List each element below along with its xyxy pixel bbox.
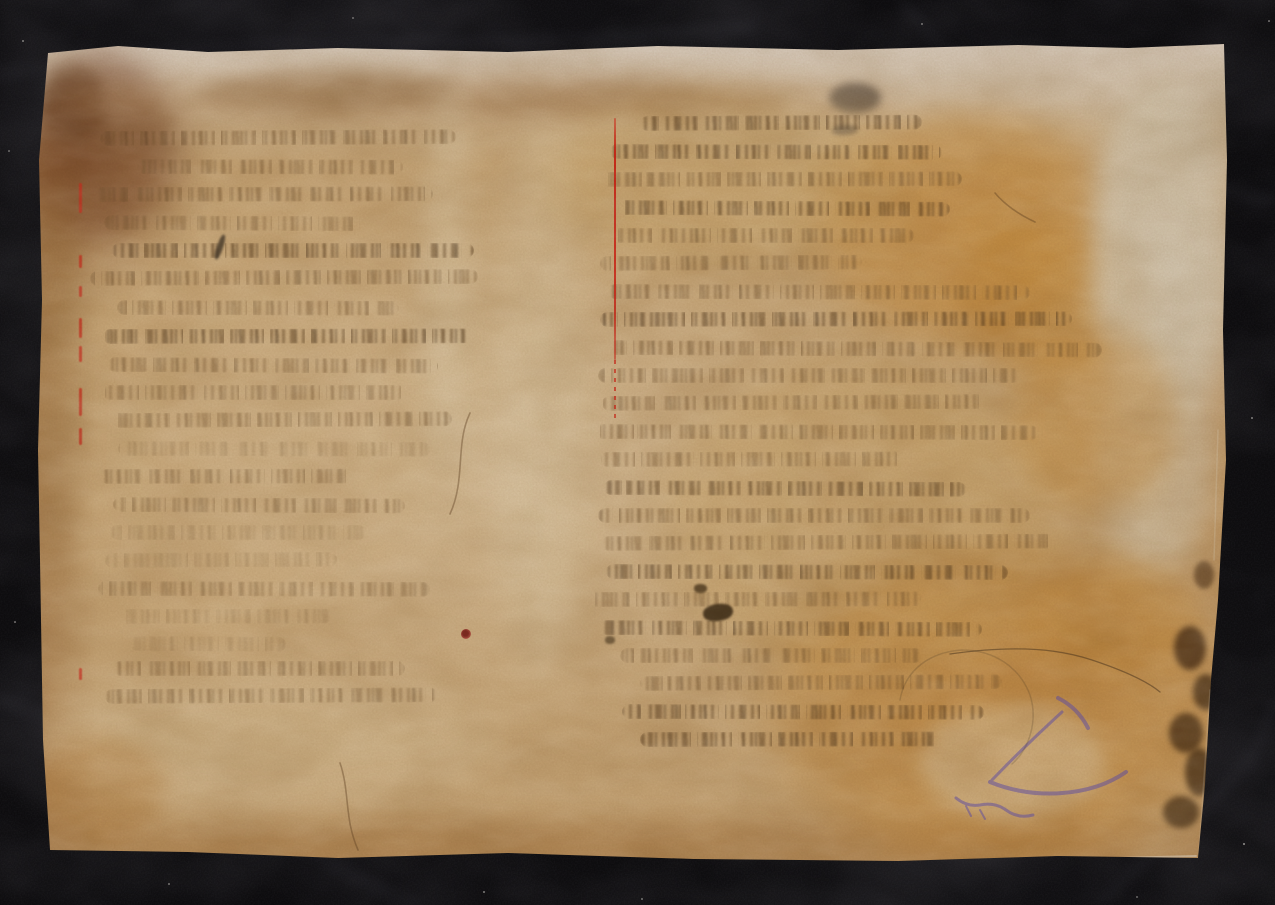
ink-blob [702,601,734,622]
ink-blob [832,124,859,136]
dust-speck [168,883,170,885]
ink-blob [605,636,615,644]
dust-speck [352,17,354,19]
dust-speck [1243,843,1245,845]
ink-blob [694,584,707,593]
dust-speck [14,621,16,623]
parchment-fragment [38,40,1230,864]
dust-speck [641,898,643,900]
ink-blob [213,234,227,261]
dust-speck [22,40,24,42]
dust-speck [1136,896,1138,898]
ink-blob-layer [38,40,1230,864]
dust-speck [8,150,10,152]
dust-speck [483,891,485,893]
dust-speck [1268,20,1270,22]
dust-speck [1251,417,1253,419]
dust-speck [921,23,923,25]
photo-stage [0,0,1275,905]
